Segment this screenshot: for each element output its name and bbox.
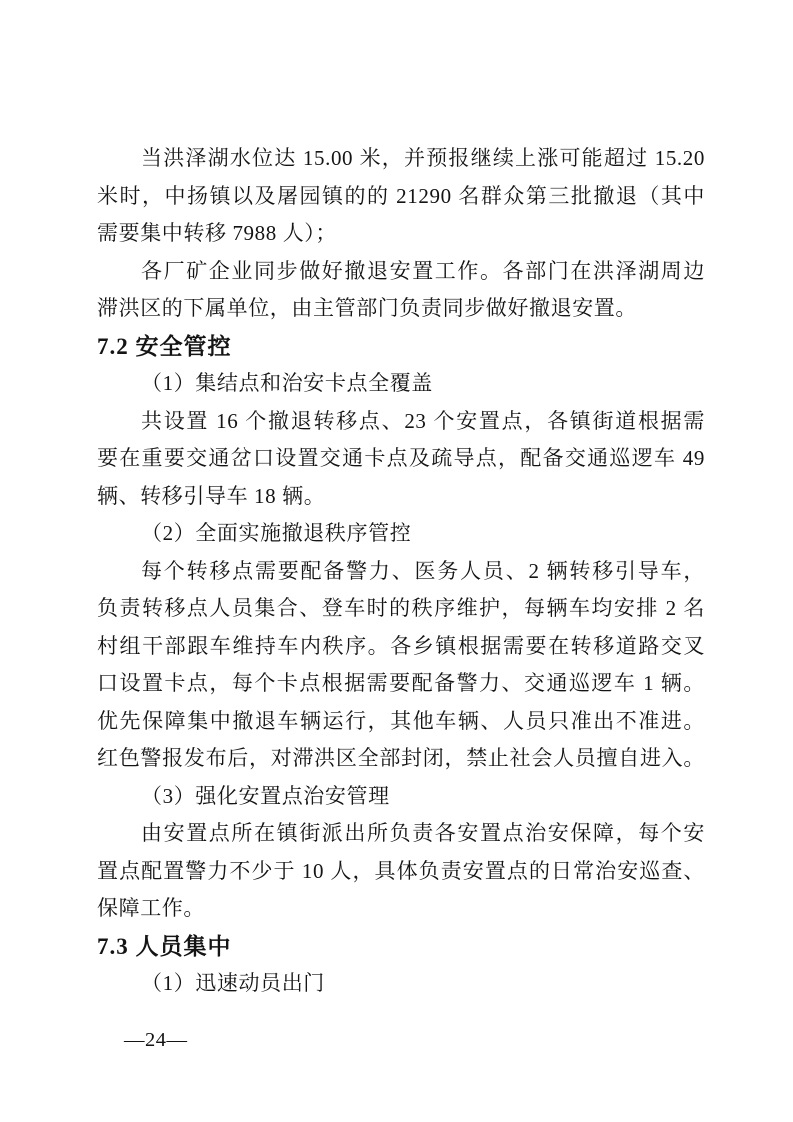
para-factories-sync-line-1: 各厂矿企业同步做好撤退安置工作。各部门在洪泽湖周边 <box>97 253 705 291</box>
para-water-level-third-batch-line-3: 需要集中转移 7988 人）； <box>97 215 705 253</box>
document-body: 当洪泽湖水位达 15.00 米，并预报继续上涨可能超过 15.20米时，中扬镇以… <box>97 140 705 1003</box>
para-checkpoints-line-3: 辆、转移引导车 18 辆。 <box>97 478 705 516</box>
para-checkpoints-line-2: 要在重要交通岔口设置交通卡点及疏导点，配备交通巡逻车 49 <box>97 440 705 478</box>
document-page: 当洪泽湖水位达 15.00 米，并预报继续上涨可能超过 15.20米时，中扬镇以… <box>0 0 793 1122</box>
subheading-7-3-1-line-1: （1）迅速动员出门 <box>97 965 705 1003</box>
para-order-control-line-3: 村组干部跟车维持车内秩序。各乡镇根据需要在转移道路交叉 <box>97 628 705 666</box>
subheading-7-2-2-line-1: （2）全面实施撤退秩序管控 <box>97 515 705 553</box>
para-order-control-line-5: 优先保障集中撤退车辆运行，其他车辆、人员只准出不准进。 <box>97 703 705 741</box>
para-factories-sync-line-2: 滞洪区的下属单位，由主管部门负责同步做好撤退安置。 <box>97 290 705 328</box>
para-checkpoints-line-1: 共设置 16 个撤退转移点、23 个安置点，各镇街道根据需 <box>97 403 705 441</box>
para-order-control-line-1: 每个转移点需要配备警力、医务人员、2 辆转移引导车， <box>97 553 705 591</box>
heading-7-2: 7.2 安全管控 <box>97 328 705 366</box>
subheading-7-2-1-line-1: （1）集结点和治安卡点全覆盖 <box>97 365 705 403</box>
para-order-control-line-2: 负责转移点人员集合、登车时的秩序维护，每辆车均安排 2 名 <box>97 590 705 628</box>
para-water-level-third-batch-line-1: 当洪泽湖水位达 15.00 米，并预报继续上涨可能超过 15.20 <box>97 140 705 178</box>
subheading-7-2-3-line-1: （3）强化安置点治安管理 <box>97 778 705 816</box>
page-number: —24— <box>124 1022 188 1059</box>
para-order-control-line-6: 红色警报发布后，对滞洪区全部封闭，禁止社会人员擅自进入。 <box>97 740 705 778</box>
para-settlement-security-line-1: 由安置点所在镇街派出所负责各安置点治安保障，每个安 <box>97 815 705 853</box>
para-order-control-line-4: 口设置卡点，每个卡点根据需要配备警力、交通巡逻车 1 辆。 <box>97 665 705 703</box>
heading-7-3: 7.3 人员集中 <box>97 928 705 966</box>
para-water-level-third-batch-line-2: 米时，中扬镇以及屠园镇的的 21290 名群众第三批撤退（其中 <box>97 178 705 216</box>
para-settlement-security-line-2: 置点配置警力不少于 10 人，具体负责安置点的日常治安巡查、 <box>97 853 705 891</box>
para-settlement-security-line-3: 保障工作。 <box>97 890 705 928</box>
